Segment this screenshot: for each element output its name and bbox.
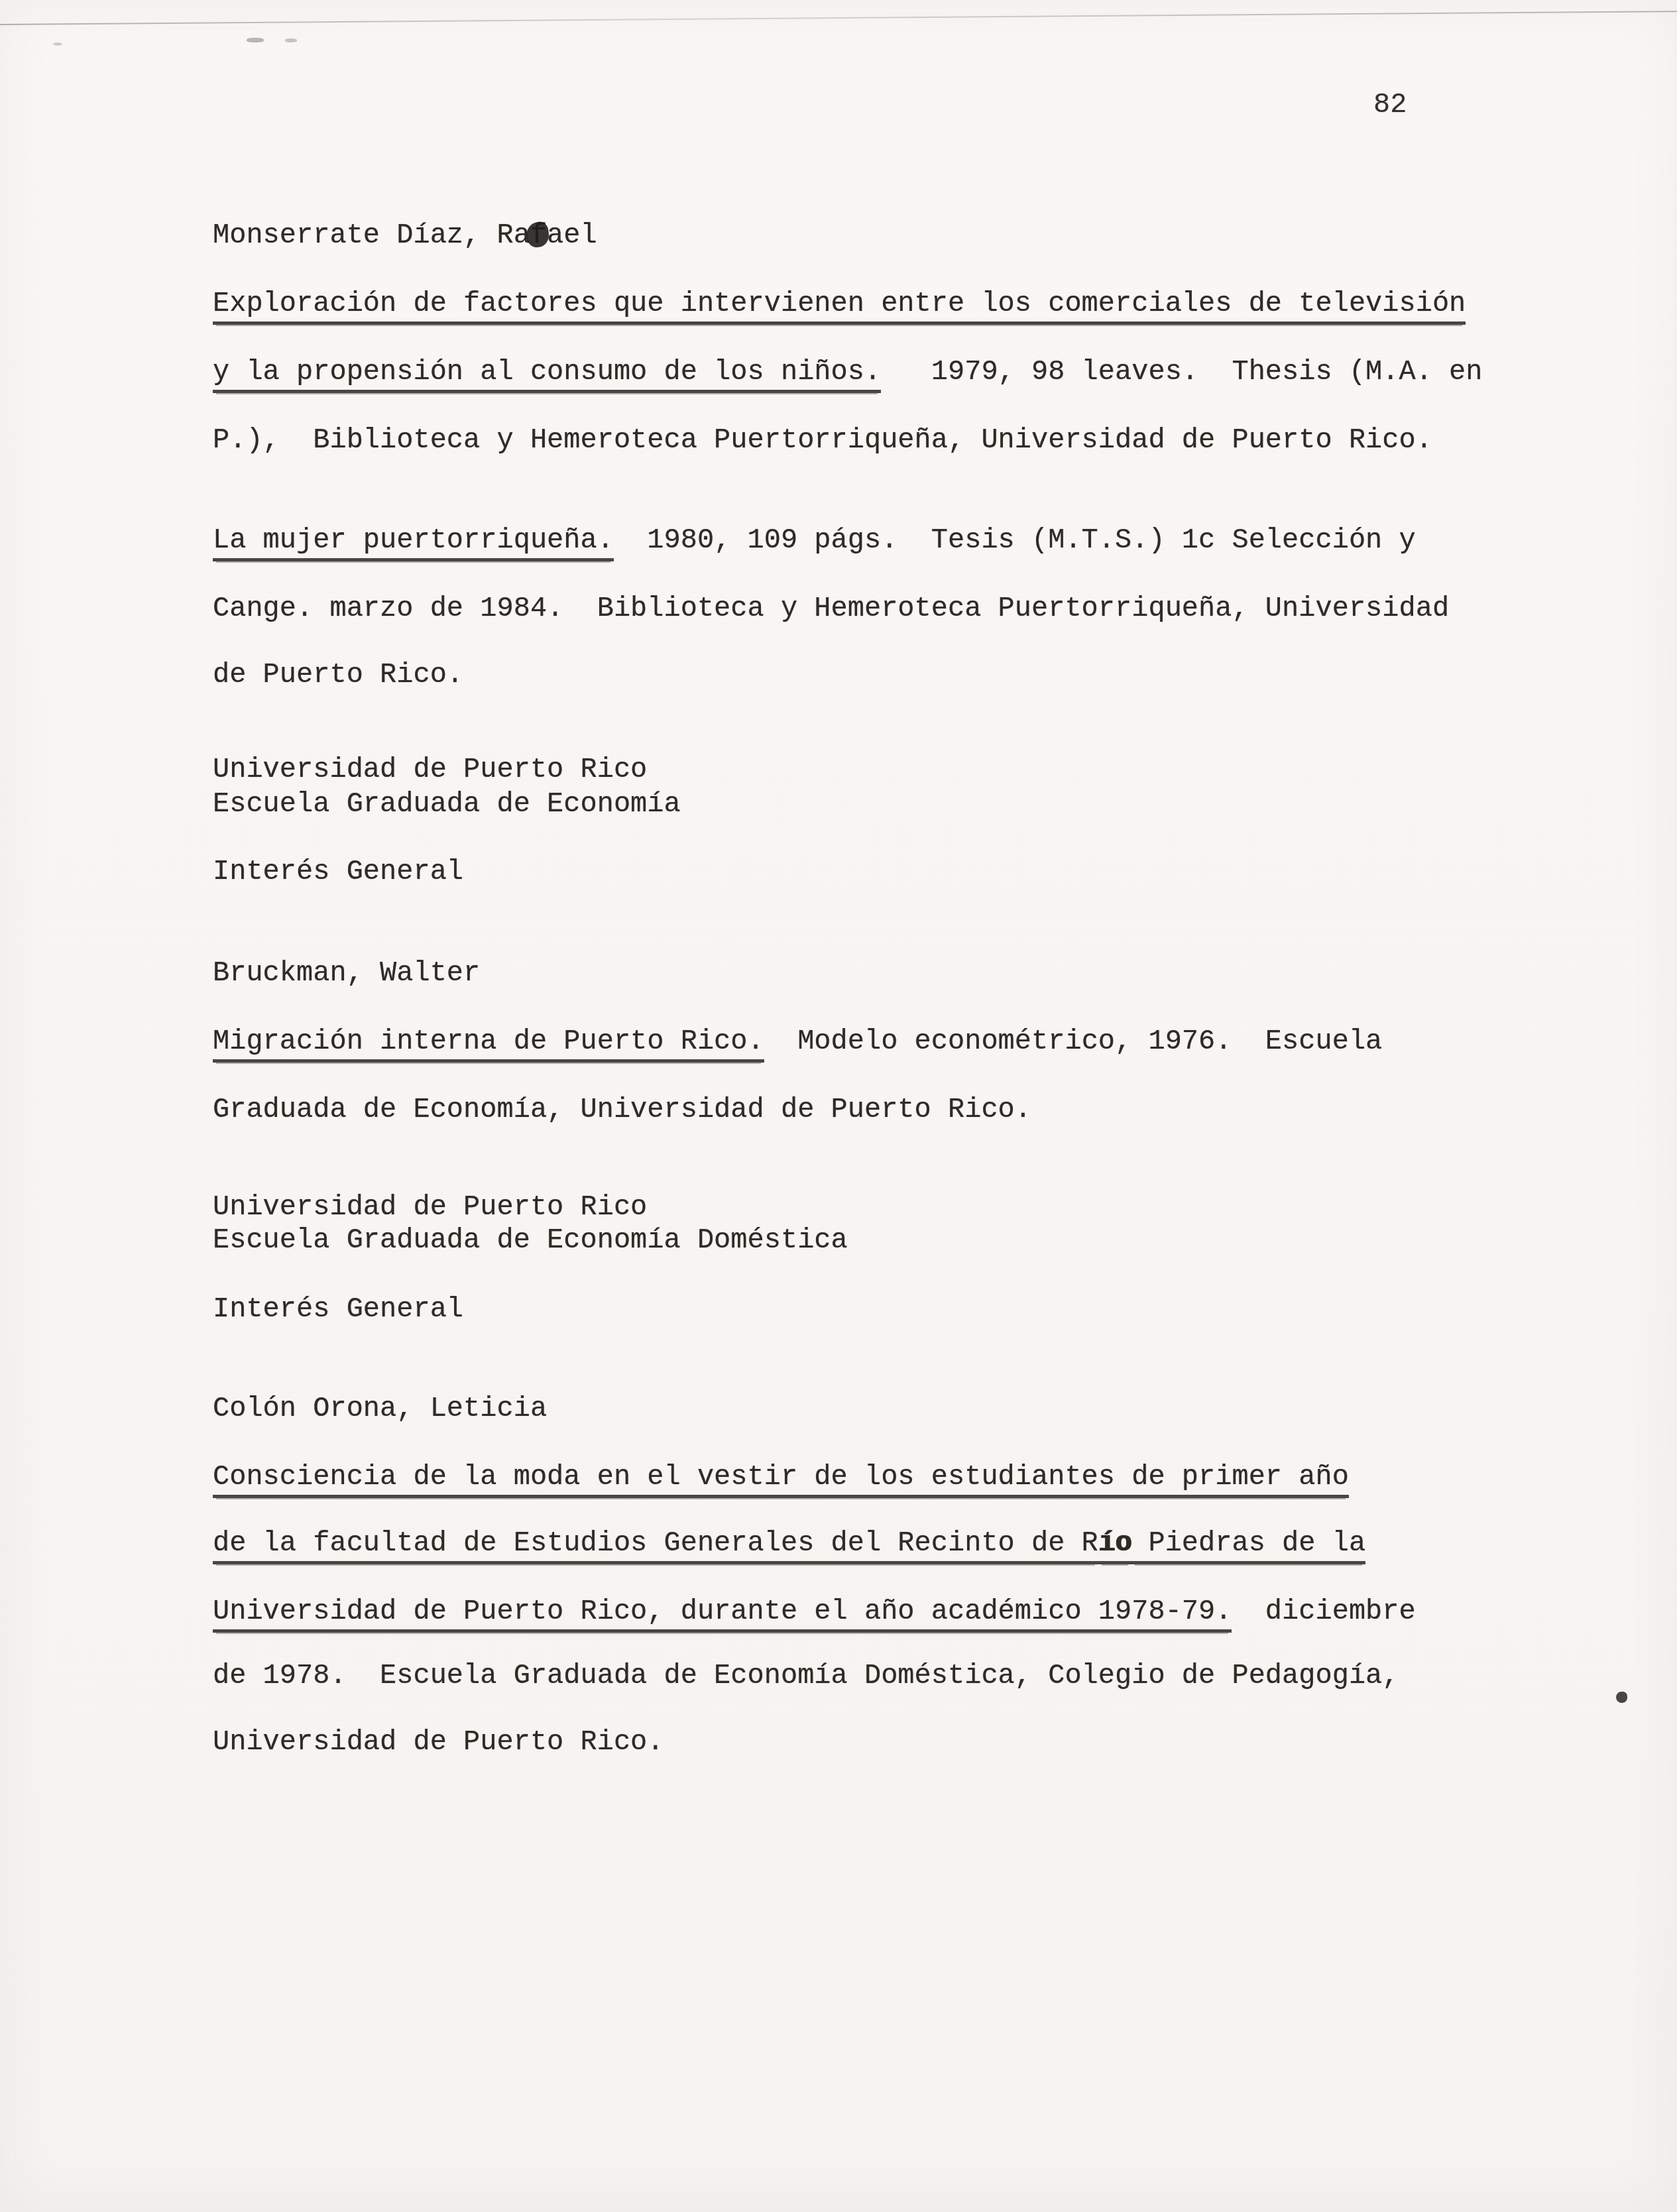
text-segment: f: [530, 219, 547, 251]
text-segment: Interés General: [213, 1293, 463, 1325]
text-segment: 1980, 109 págs. Tesis (M.T.S.) 1c Selecc…: [614, 524, 1416, 556]
text-line: y la propensión al consumo de los niños.…: [213, 355, 1483, 389]
text-line: P.), Biblioteca y Hemeroteca Puertorriqu…: [213, 423, 1432, 457]
text-line: Interés General: [213, 854, 463, 889]
ink-dot-artifact: [1616, 1692, 1627, 1703]
scanned-page: 82 Monserrate Díaz, RafaelExploración de…: [0, 0, 1677, 2212]
scan-line-artifact: [0, 11, 1677, 25]
text-segment: Monserrate Díaz, Ra: [213, 219, 530, 251]
underlined-text: Universidad de Puerto Rico, durante el a…: [213, 1596, 1232, 1633]
underlined-text: Consciencia de la moda en el vestir de l…: [213, 1461, 1349, 1498]
text-line: Monserrate Díaz, Rafael: [213, 218, 597, 253]
text-segment: Escuela Graduada de Economía: [213, 788, 681, 820]
text-line: Cange. marzo de 1984. Biblioteca y Hemer…: [213, 591, 1449, 626]
underlined-text: ío: [1098, 1527, 1131, 1564]
underlined-text: Exploración de factores que intervienen …: [213, 288, 1466, 325]
text-segment: Universidad de Puerto Rico: [213, 1191, 647, 1223]
underlined-text: La mujer puertorriqueña.: [213, 524, 614, 561]
text-line: de 1978. Escuela Graduada de Economía Do…: [213, 1659, 1399, 1693]
text-segment: P.), Biblioteca y Hemeroteca Puertorriqu…: [213, 424, 1432, 456]
text-line: Exploración de factores que intervienen …: [213, 286, 1466, 321]
text-line: Universidad de Puerto Rico: [213, 1190, 647, 1224]
text-segment: de 1978. Escuela Graduada de Economía Do…: [213, 1660, 1399, 1692]
underlined-text: de la facultad de Estudios Generales del…: [213, 1527, 1098, 1564]
text-segment: Interés General: [213, 856, 463, 888]
text-line: Bruckman, Walter: [213, 956, 480, 990]
text-line: Colón Orona, Leticia: [213, 1391, 547, 1426]
text-line: Consciencia de la moda en el vestir de l…: [213, 1460, 1349, 1494]
text-segment: Modelo econométrico, 1976. Escuela: [764, 1025, 1383, 1057]
text-line: Universidad de Puerto Rico.: [213, 1725, 664, 1759]
text-segment: ael: [547, 219, 597, 251]
underlined-text: y la propensión al consumo de los niños.: [213, 356, 881, 393]
text-segment: Bruckman, Walter: [213, 957, 480, 989]
scan-speck: [53, 42, 62, 46]
underlined-text: Piedras de la: [1131, 1527, 1365, 1564]
page-number: 82: [1373, 87, 1407, 122]
text-segment: Universidad de Puerto Rico: [213, 754, 647, 786]
text-line: Escuela Graduada de Economía Doméstica: [213, 1223, 848, 1257]
text-segment: Escuela Graduada de Economía Doméstica: [213, 1224, 848, 1256]
text-line: Graduada de Economía, Universidad de Pue…: [213, 1092, 1031, 1127]
text-segment: Colón Orona, Leticia: [213, 1393, 547, 1425]
text-line: La mujer puertorriqueña. 1980, 109 págs.…: [213, 523, 1416, 557]
underlined-text: Migración interna de Puerto Rico.: [213, 1025, 764, 1063]
text-line: Universidad de Puerto Rico: [213, 752, 647, 787]
text-segment: 1979, 98 leaves. Thesis (M.A. en: [881, 356, 1482, 388]
text-line: Interés General: [213, 1292, 463, 1326]
text-segment: Universidad de Puerto Rico.: [213, 1726, 664, 1758]
text-segment: Graduada de Economía, Universidad de Pue…: [213, 1094, 1031, 1126]
text-line: Escuela Graduada de Economía: [213, 787, 681, 821]
text-segment: Cange. marzo de 1984. Biblioteca y Hemer…: [213, 593, 1449, 624]
text-line: Universidad de Puerto Rico, durante el a…: [213, 1594, 1416, 1629]
text-line: de la facultad de Estudios Generales del…: [213, 1526, 1365, 1560]
text-line: de Puerto Rico.: [213, 658, 463, 692]
scan-speck: [247, 38, 264, 42]
text-line: Migración interna de Puerto Rico. Modelo…: [213, 1024, 1382, 1059]
text-segment: de Puerto Rico.: [213, 659, 463, 691]
scan-speck: [285, 38, 297, 42]
text-segment: diciembre: [1232, 1596, 1415, 1627]
